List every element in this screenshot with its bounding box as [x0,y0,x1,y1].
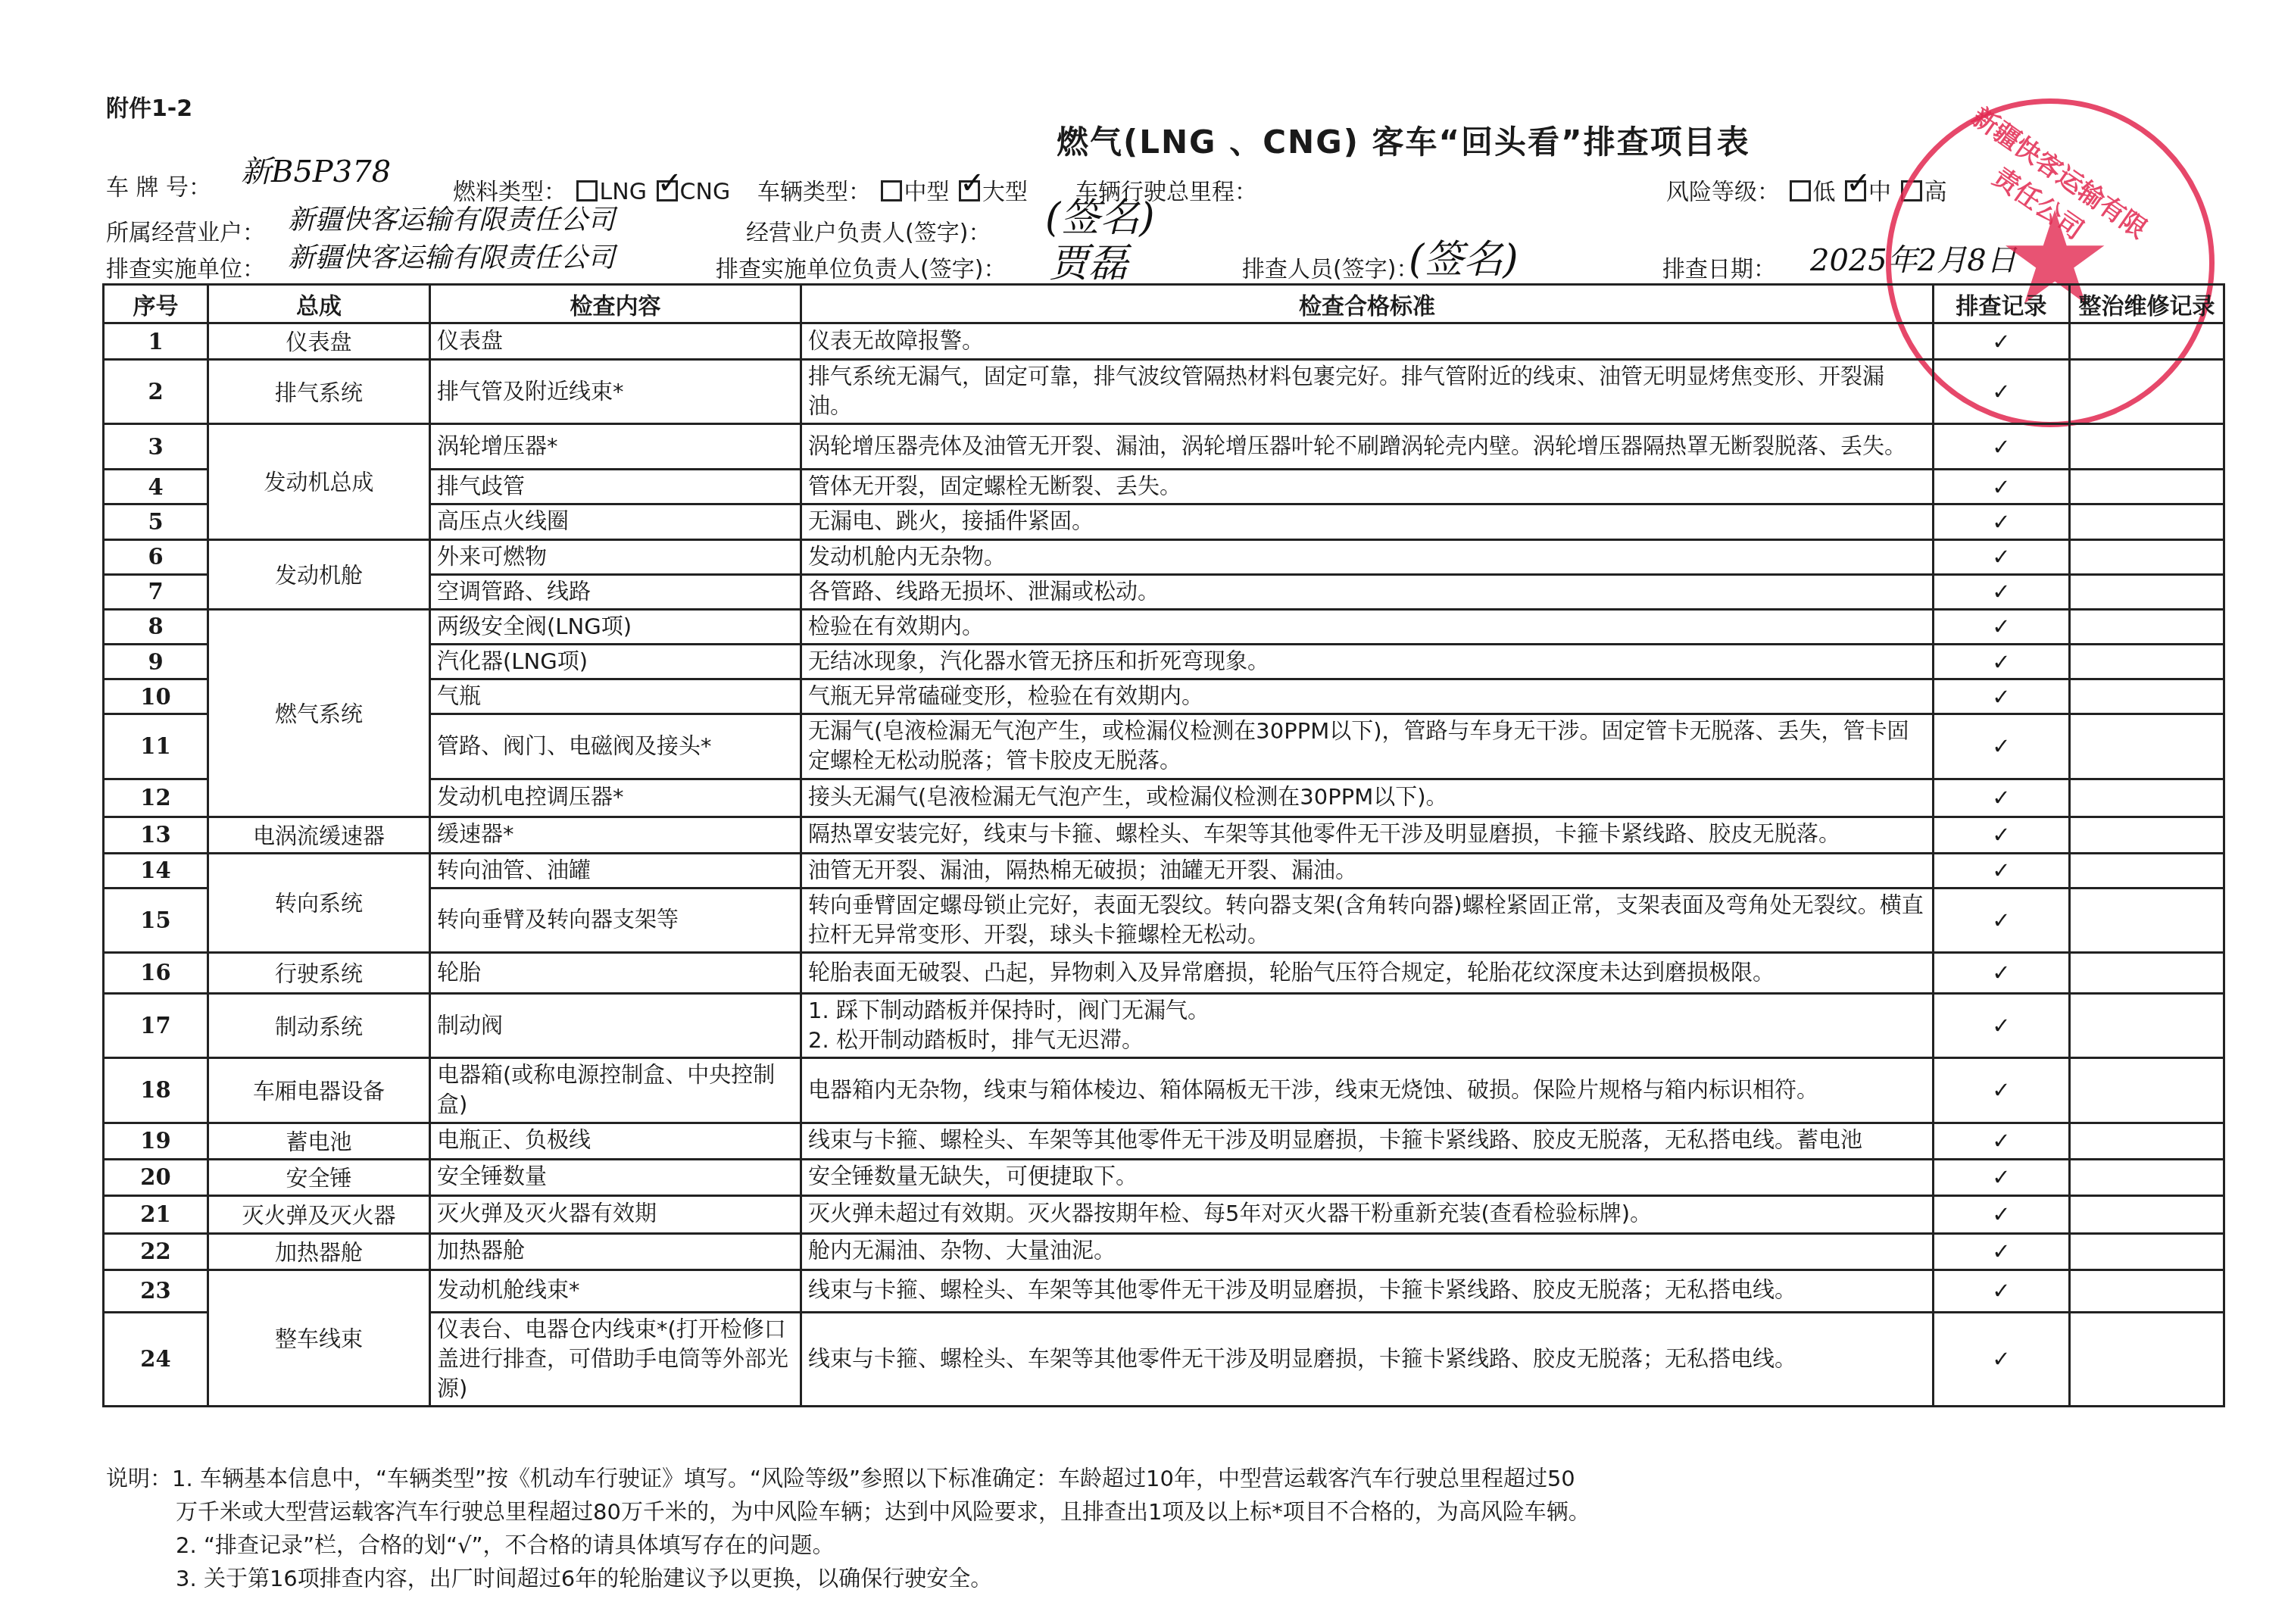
standard-cell: 安全锤数量无缺失，可便捷取下。 [801,1159,1934,1195]
repair-record-cell[interactable] [2070,1312,2224,1406]
note-line: 万千米或大型营运载客汽车行驶总里程超过80万千米的，为中风险车辆；达到中风险要求… [106,1495,1590,1529]
assembly-cell: 灭火弹及灭火器 [208,1195,430,1233]
risk-level-label: 风险等级： [1666,179,1780,205]
table-row: 8燃气系统两级安全阀(LNG项)检验在有效期内。✓ [104,609,2224,644]
note-line: 2. “排查记录”栏，合格的划“√”，不合格的请具体填写存在的问题。 [106,1529,1590,1562]
repair-record-cell[interactable] [2070,1195,2224,1233]
check-content-cell: 管路、阀门、电磁阀及接头* [430,714,801,779]
record-checkmark[interactable]: ✓ [1934,817,2070,853]
check-content-cell: 外来可燃物 [430,539,801,574]
record-checkmark[interactable]: ✓ [1934,1159,2070,1195]
inspector-label: 排查人员(签字)： [1242,250,1419,283]
assembly-cell: 仪表盘 [208,323,430,360]
assembly-cell: 转向系统 [208,853,430,952]
assembly-cell: 行驶系统 [208,952,430,993]
notes-section: 说明：1. 车辆基本信息中，“车辆类型”按《机动车行驶证》填写。“风险等级”参照… [106,1462,1590,1595]
standard-cell: 检验在有效期内。 [801,609,1934,644]
row-number: 3 [104,424,208,470]
check-content-cell: 发动机电控调压器* [430,779,801,817]
assembly-cell: 车厢电器设备 [208,1058,430,1123]
repair-record-cell[interactable] [2070,679,2224,714]
record-checkmark[interactable]: ✓ [1934,644,2070,679]
table-row: 19蓄电池电瓶正、负极线线束与卡箍、螺栓头、车架等其他零件无干涉及明显磨损，卡箍… [104,1123,2224,1159]
assembly-cell: 电涡流缓速器 [208,817,430,853]
row-number: 19 [104,1123,208,1159]
standard-cell: 线束与卡箍、螺栓头、车架等其他零件无干涉及明显磨损，卡箍卡紧线路、胶皮无脱落；无… [801,1312,1934,1406]
row-number: 20 [104,1159,208,1195]
vehicle-type-label: 车辆类型： [757,179,871,205]
assembly-cell: 制动系统 [208,993,430,1057]
repair-record-cell[interactable] [2070,952,2224,993]
repair-record-cell[interactable] [2070,993,2224,1057]
standard-cell: 舱内无漏油、杂物、大量油泥。 [801,1233,1934,1270]
standard-cell: 无漏气(皂液检漏无气泡产生，或检漏仪检测在30PPM以下)，管路与车身无干涉。固… [801,714,1934,779]
row-number: 7 [104,574,208,609]
check-content-cell: 加热器舱 [430,1233,801,1270]
standard-cell: 接头无漏气(皂液检漏无气泡产生，或检漏仪检测在30PPM以下)。 [801,779,1934,817]
row-number: 6 [104,539,208,574]
check-content-cell: 两级安全阀(LNG项) [430,609,801,644]
record-checkmark[interactable]: ✓ [1934,888,2070,952]
assembly-cell: 发动机舱 [208,539,430,609]
inspection-unit-value[interactable]: 新疆快客运输有限责任公司 [288,236,615,275]
notes-label: 说明： [106,1466,172,1491]
row-number: 16 [104,952,208,993]
table-row: 14转向系统转向油管、油罐油管无开裂、漏油，隔热棉无破损；油罐无开裂、漏油。✓ [104,853,2224,888]
standard-cell: 气瓶无异常磕碰变形，检验在有效期内。 [801,679,1934,714]
row-number: 11 [104,714,208,779]
table-row: 2排气系统排气管及附近线束*排气系统无漏气，固定可靠，排气波纹管隔热材料包裹完好… [104,360,2224,424]
table-row: 3发动机总成涡轮增压器*涡轮增压器壳体及油管无开裂、漏油，涡轮增压器叶轮不刷蹭涡… [104,424,2224,470]
operator-value[interactable]: 新疆快客运输有限责任公司 [288,198,615,237]
check-content-cell: 高压点火线圈 [430,504,801,539]
table-header-row: 序号 总成 检查内容 检查合格标准 排查记录 整治维修记录 [104,285,2224,323]
check-content-cell: 仪表盘 [430,323,801,360]
row-number: 4 [104,470,208,504]
record-checkmark[interactable]: ✓ [1934,679,2070,714]
repair-record-cell[interactable] [2070,779,2224,817]
check-content-cell: 安全锤数量 [430,1159,801,1195]
page-title: 燃气(LNG 、CNG) 客车“回头看”排查项目表 [1057,117,1750,163]
row-number: 17 [104,993,208,1057]
attachment-label: 附件1-2 [106,89,192,123]
col-header-assembly: 总成 [208,285,430,323]
row-number: 13 [104,817,208,853]
row-number: 1 [104,323,208,360]
check-content-cell: 制动阀 [430,993,801,1057]
table-row: 21灭火弹及灭火器灭火弹及灭火器有效期灭火弹未超过有效期。灭火器按期年检、每5年… [104,1195,2224,1233]
col-header-no: 序号 [104,285,208,323]
record-checkmark[interactable]: ✓ [1934,504,2070,539]
standard-cell: 隔热罩安装完好，线束与卡箍、螺栓头、车架等其他零件无干涉及明显磨损，卡箍卡紧线路… [801,817,1934,853]
inspector-signature[interactable]: (签名) [1409,227,1519,284]
record-checkmark[interactable]: ✓ [1934,779,2070,817]
standard-cell: 仪表无故障报警。 [801,323,1934,360]
repair-record-cell[interactable] [2070,644,2224,679]
vehicle-large-label: 大型 [982,179,1028,205]
vehicle-medium-checkbox[interactable] [881,180,902,201]
repair-record-cell[interactable] [2070,323,2224,360]
row-number: 9 [104,644,208,679]
check-content-cell: 气瓶 [430,679,801,714]
table-row: 22加热器舱加热器舱舱内无漏油、杂物、大量油泥。✓ [104,1233,2224,1270]
check-content-cell: 轮胎 [430,952,801,993]
fuel-cng-label: CNG [680,179,731,205]
vehicle-medium-label: 中型 [904,179,950,205]
risk-medium-checkbox[interactable] [1845,180,1866,201]
standard-cell: 线束与卡箍、螺栓头、车架等其他零件无干涉及明显磨损，卡箍卡紧线路、胶皮无脱落，无… [801,1123,1934,1159]
repair-record-cell[interactable] [2070,1123,2224,1159]
col-header-standard: 检查合格标准 [801,285,1934,323]
repair-record-cell[interactable] [2070,1159,2224,1195]
check-content-cell: 灭火弹及灭火器有效期 [430,1195,801,1233]
col-header-record: 排查记录 [1934,285,2070,323]
check-content-cell: 转向油管、油罐 [430,853,801,888]
check-content-cell: 排气歧管 [430,470,801,504]
record-checkmark[interactable]: ✓ [1934,1058,2070,1123]
table-row: 20安全锤安全锤数量安全锤数量无缺失，可便捷取下。✓ [104,1159,2224,1195]
repair-record-cell[interactable] [2070,817,2224,853]
assembly-cell: 排气系统 [208,360,430,424]
risk-low-label: 低 [1813,179,1836,205]
assembly-cell: 整车线束 [208,1270,430,1406]
check-content-cell: 电瓶正、负极线 [430,1123,801,1159]
row-number: 24 [104,1312,208,1406]
note-line: 1. 车辆基本信息中，“车辆类型”按《机动车行驶证》填写。“风险等级”参照以下标… [172,1466,1575,1491]
plate-label: 车 牌 号： [106,168,211,201]
check-content-cell: 排气管及附近线束* [430,360,801,424]
record-checkmark[interactable]: ✓ [1934,714,2070,779]
repair-record-cell[interactable] [2070,888,2224,952]
assembly-cell: 安全锤 [208,1159,430,1195]
standard-cell: 灭火弹未超过有效期。灭火器按期年检、每5年对灭火器干粉重新充装(查看检验标牌)。 [801,1195,1934,1233]
repair-record-cell[interactable] [2070,714,2224,779]
col-header-fix: 整治维修记录 [2070,285,2224,323]
assembly-cell: 蓄电池 [208,1123,430,1159]
row-number: 14 [104,853,208,888]
standard-cell: 线束与卡箍、螺栓头、车架等其他零件无干涉及明显磨损，卡箍卡紧线路、胶皮无脱落；无… [801,1270,1934,1312]
repair-record-cell[interactable] [2070,539,2224,574]
standard-cell: 各管路、线路无损坏、泄漏或松动。 [801,574,1934,609]
row-number: 22 [104,1233,208,1270]
assembly-cell: 发动机总成 [208,424,430,539]
standard-cell: 发动机舱内无杂物。 [801,539,1934,574]
record-checkmark[interactable]: ✓ [1934,609,2070,644]
inspection-table: 序号 总成 检查内容 检查合格标准 排查记录 整治维修记录 1仪表盘仪表盘仪表无… [102,283,2225,1407]
record-checkmark[interactable]: ✓ [1934,952,2070,993]
table-row: 13电涡流缓速器缓速器*隔热罩安装完好，线束与卡箍、螺栓头、车架等其他零件无干涉… [104,817,2224,853]
standard-cell: 无结冰现象，汽化器水管无挤压和折死弯现象。 [801,644,1934,679]
row-number: 8 [104,609,208,644]
record-checkmark[interactable]: ✓ [1934,1312,2070,1406]
risk-low-checkbox[interactable] [1790,180,1811,201]
risk-medium-label: 中 [1868,179,1891,205]
repair-record-cell[interactable] [2070,360,2224,424]
repair-record-cell[interactable] [2070,424,2224,470]
check-content-cell: 涡轮增压器* [430,424,801,470]
standard-cell: 油管无开裂、漏油，隔热棉无破损；油罐无开裂、漏油。 [801,853,1934,888]
vehicle-large-checkbox[interactable] [959,180,980,201]
table-row: 6发动机舱外来可燃物发动机舱内无杂物。✓ [104,539,2224,574]
check-content-cell: 仪表台、电器仓内线束*(打开检修口盖进行排查，可借助手电筒等外部光源) [430,1312,801,1406]
table-row: 17制动系统制动阀1. 踩下制动踏板并保持时，阀门无漏气。 2. 松开制动踏板时… [104,993,2224,1057]
operator-head-label: 经营业户负责人(签字)： [746,214,991,247]
operator-label: 所属经营业户： [106,214,265,247]
standard-cell: 1. 踩下制动踏板并保持时，阀门无漏气。 2. 松开制动踏板时，排气无迟滞。 [801,993,1934,1057]
record-checkmark[interactable]: ✓ [1934,323,2070,360]
record-checkmark[interactable]: ✓ [1934,1195,2070,1233]
record-checkmark[interactable]: ✓ [1934,470,2070,504]
col-header-content: 检查内容 [430,285,801,323]
row-number: 23 [104,1270,208,1312]
check-content-cell: 转向垂臂及转向器支架等 [430,888,801,952]
row-number: 12 [104,779,208,817]
check-content-cell: 电器箱(或称电源控制盒、中央控制盒) [430,1058,801,1123]
row-number: 21 [104,1195,208,1233]
inspection-unit-head-signature[interactable]: 贾磊 [1049,231,1128,288]
standard-cell: 涡轮增压器壳体及油管无开裂、漏油，涡轮增压器叶轮不刷蹭涡轮壳内壁。涡轮增压器隔热… [801,424,1934,470]
standard-cell: 电器箱内无杂物，线束与箱体棱边、箱体隔板无干涉，线束无烧蚀、破损。保险片规格与箱… [801,1058,1934,1123]
table-row: 1仪表盘仪表盘仪表无故障报警。✓ [104,323,2224,360]
repair-record-cell[interactable] [2070,1233,2224,1270]
row-number: 5 [104,504,208,539]
record-checkmark[interactable]: ✓ [1934,993,2070,1057]
row-number: 18 [104,1058,208,1123]
record-checkmark[interactable]: ✓ [1934,539,2070,574]
row-number: 10 [104,679,208,714]
check-content-cell: 发动机舱线束* [430,1270,801,1312]
vehicle-type-field: 车辆类型： 中型 大型 [757,173,1028,206]
repair-record-cell[interactable] [2070,853,2224,888]
record-checkmark[interactable]: ✓ [1934,574,2070,609]
table-row: 18车厢电器设备电器箱(或称电源控制盒、中央控制盒)电器箱内无杂物，线束与箱体棱… [104,1058,2224,1123]
table-row: 16行驶系统轮胎轮胎表面无破裂、凸起，异物刺入及异常磨损，轮胎气压符合规定，轮胎… [104,952,2224,993]
standard-cell: 管体无开裂，固定螺栓无断裂、丢失。 [801,470,1934,504]
inspection-unit-head-label: 排查实施单位负责人(签字)： [716,250,1006,283]
repair-record-cell[interactable] [2070,1270,2224,1312]
check-content-cell: 空调管路、线路 [430,574,801,609]
record-checkmark[interactable]: ✓ [1934,1270,2070,1312]
assembly-cell: 加热器舱 [208,1233,430,1270]
assembly-cell: 燃气系统 [208,609,430,817]
repair-record-cell[interactable] [2070,470,2224,504]
repair-record-cell[interactable] [2070,609,2224,644]
table-row: 23整车线束发动机舱线束*线束与卡箍、螺栓头、车架等其他零件无干涉及明显磨损，卡… [104,1270,2224,1312]
repair-record-cell[interactable] [2070,574,2224,609]
repair-record-cell[interactable] [2070,504,2224,539]
check-content-cell: 汽化器(LNG项) [430,644,801,679]
record-checkmark[interactable]: ✓ [1934,853,2070,888]
date-label: 排查日期： [1662,250,1776,283]
standard-cell: 转向垂臂固定螺母锁止完好，表面无裂纹。转向器支架(含角转向器)螺栓紧固正常，支架… [801,888,1934,952]
record-checkmark[interactable]: ✓ [1934,1123,2070,1159]
inspection-unit-label: 排查实施单位： [106,250,265,283]
record-checkmark[interactable]: ✓ [1934,1233,2070,1270]
standard-cell: 排气系统无漏气，固定可靠，排气波纹管隔热材料包裹完好。排气管附近的线束、油管无明… [801,360,1934,424]
record-checkmark[interactable]: ✓ [1934,360,2070,424]
standard-cell: 轮胎表面无破裂、凸起，异物刺入及异常磨损，轮胎气压符合规定，轮胎花纹深度未达到磨… [801,952,1934,993]
note-line: 3. 关于第16项排查内容，出厂时间超过6年的轮胎建议予以更换，以确保行驶安全。 [106,1562,1590,1595]
standard-cell: 无漏电、跳火，接插件紧固。 [801,504,1934,539]
plate-value[interactable]: 新B5P378 [241,148,391,191]
repair-record-cell[interactable] [2070,1058,2224,1123]
record-checkmark[interactable]: ✓ [1934,424,2070,470]
row-number: 15 [104,888,208,952]
row-number: 2 [104,360,208,424]
check-content-cell: 缓速器* [430,817,801,853]
fuel-cng-checkbox[interactable] [657,180,678,201]
